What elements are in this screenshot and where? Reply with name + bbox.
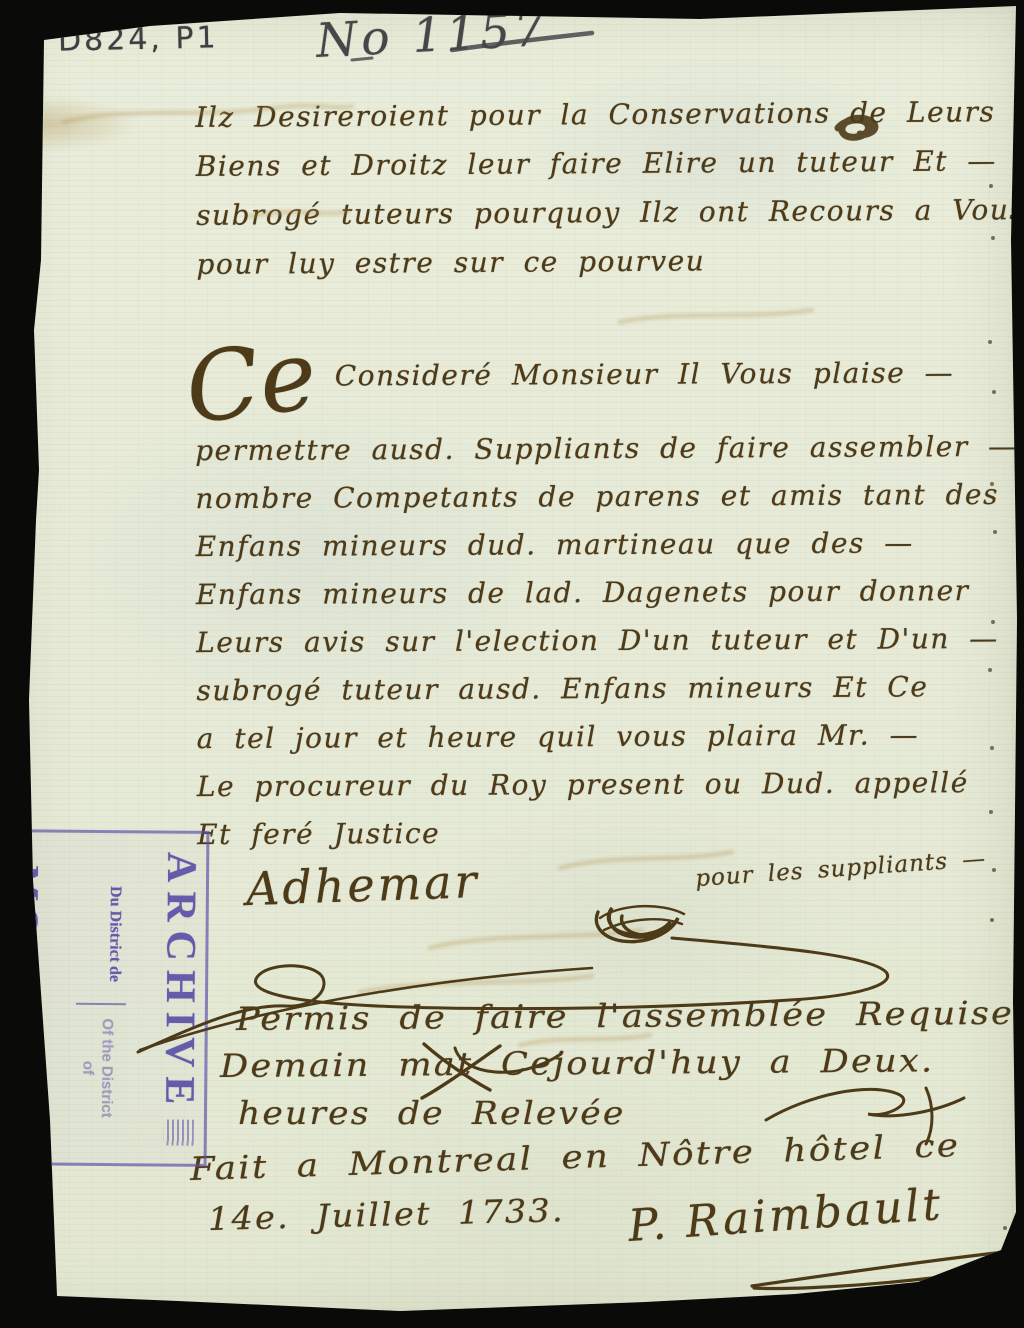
manuscript-line: Enfans mineurs de lad. Dagenets pour don… [196, 574, 1019, 626]
signature-knot [596, 908, 678, 942]
signature-adhemar: Adhemar [245, 854, 480, 916]
archive-stamp: ARCHIVE Du District de Of the District o… [0, 828, 210, 1168]
manuscript-line: a tel jour et heure quil vous plaira Mr.… [197, 718, 1020, 770]
ink-blot [838, 118, 875, 137]
manuscript-line: permettre ausd. Suppliants de faire asse… [195, 430, 1018, 482]
petition-paragraph: Ilz Desireroient pour la Conservations d… [195, 95, 1024, 297]
archive-stamp-box: ARCHIVE Du District de Of the District o… [0, 829, 209, 1167]
decree-line: heures de Relevée [238, 1094, 625, 1132]
decree-line: Permis de faire l'assemblée Requise [236, 994, 1014, 1038]
paraph-flourish [138, 938, 888, 1052]
manuscript-line: Consideré Monsieur Il Vous plaise — [195, 348, 1018, 434]
manuscript-line: Biens et Droitz leur faire Elire un tute… [196, 144, 1024, 199]
manuscript-line: Enfans mineurs dud. martineau que des — [196, 526, 1019, 578]
manuscript-line: Leurs avis sur l'election D'un tuteur et… [196, 622, 1019, 674]
manuscript-line: subrogé tuteurs pourquoy Ilz ont Recours… [196, 193, 1024, 248]
stamp-cachet-mark [164, 1119, 194, 1145]
ink-flourishes [0, 0, 1024, 1328]
manuscript-paper: D824, P1 No 1157 Ilz Desireroient pour l… [0, 0, 1024, 1328]
pencil-strike [352, 33, 592, 60]
ink-marks [138, 118, 1007, 1328]
decree-line: Fait a Montreal en Nôtre hôtel ce [189, 1126, 961, 1188]
margin-dots [988, 184, 1007, 1230]
stamp-district-en: Of the District of [75, 1005, 126, 1123]
manuscript-line: nombre Competants de parens et amis tant… [195, 478, 1018, 530]
manuscript-line: pour luy estre sur ce pourveu [196, 242, 1024, 297]
document-scan: { "annotations": { "catalog_ref": "D824,… [0, 0, 1024, 1328]
catalog-reference: D824, P1 [58, 20, 219, 58]
manuscript-line: Et feré Justice [197, 814, 1020, 866]
signature-underline [752, 1252, 1007, 1289]
manuscript-line: Le procureur du Roy present ou Dud. appe… [197, 766, 1020, 818]
signature-raimbault: P. Raimbault [627, 1179, 945, 1252]
consideration-paragraph: Consideré Monsieur Il Vous plaise — perm… [195, 348, 1020, 866]
document-number: No 1157 [315, 2, 550, 69]
crossout-mark [422, 1044, 500, 1098]
stamp-archive-label: ARCHIVE [158, 852, 202, 1114]
stamp-montreal-label: MONTREAL [4, 840, 45, 1154]
decree-line: 14e. Juillet 1733. [207, 1191, 565, 1238]
relevee-flourish [766, 1089, 964, 1120]
decree-line: Demain mat Cejourd'huy a Deux. [220, 1041, 935, 1085]
manuscript-line: subrogé tuteur ausd. Enfans mineurs Et C… [196, 670, 1019, 722]
stamp-district-fr: Du District de [76, 873, 127, 1005]
manuscript-line: Ilz Desireroient pour la Conservations d… [195, 95, 1024, 150]
swash-initial: Ce [181, 326, 322, 437]
signature-note: pour les suppliants — [694, 846, 987, 892]
ghost-bleedthrough [64, 106, 812, 1045]
